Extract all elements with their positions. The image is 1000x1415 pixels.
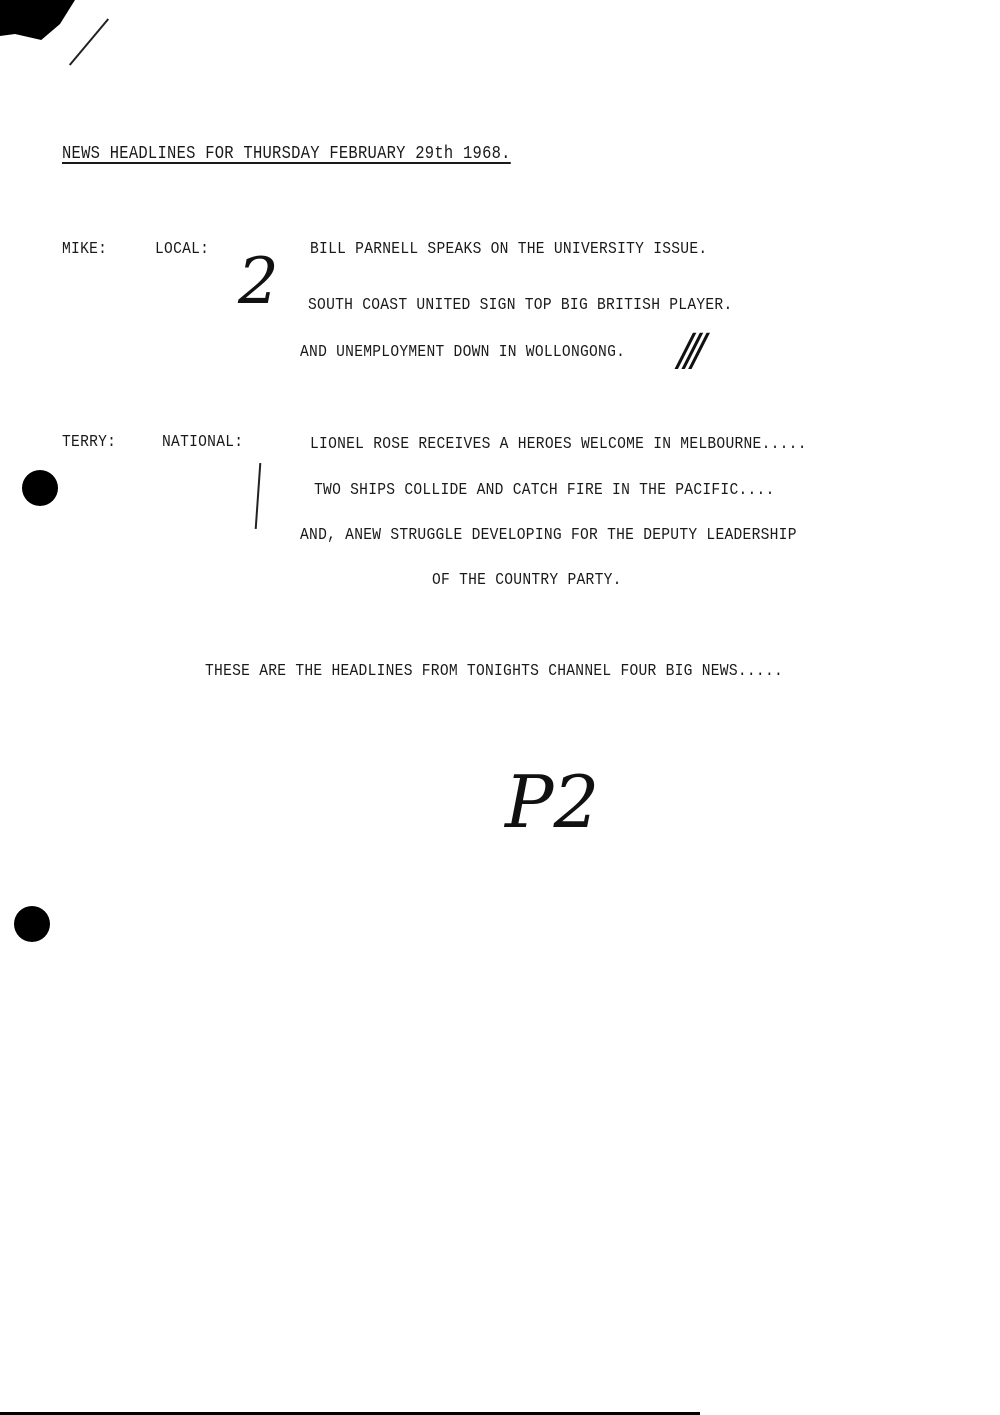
torn-corner [0,0,75,40]
headline-national-4: OF THE COUNTRY PARTY. [432,571,622,590]
punch-hole-top [22,470,58,506]
category-national: NATIONAL: [162,433,243,452]
page-title: NEWS HEADLINES FOR THURSDAY FEBRUARY 29t… [62,144,511,164]
punch-hole-bottom [14,906,50,942]
category-local: LOCAL: [155,240,209,259]
page-annotation: P2 [505,760,599,844]
headline-local-3: AND UNEMPLOYMENT DOWN IN WOLLONGONG. [300,343,625,362]
headline-national-3: AND, ANEW STRUGGLE DEVELOPING FOR THE DE… [300,526,797,545]
tally-mark: /// [678,325,698,376]
handwritten-number-1 [255,463,262,529]
headline-local-1: BILL PARNELL SPEAKS ON THE UNIVERSITY IS… [310,240,707,259]
presenter-terry: TERRY: [62,433,116,452]
closing-line: THESE ARE THE HEADLINES FROM TONIGHTS CH… [205,662,783,681]
headline-national-1: LIONEL ROSE RECEIVES A HEROES WELCOME IN… [310,435,807,454]
presenter-mike: MIKE: [62,240,107,259]
headline-national-2: TWO SHIPS COLLIDE AND CATCH FIRE IN THE … [314,481,775,500]
handwritten-number-2: 2 [238,245,279,319]
headline-local-2: SOUTH COAST UNITED SIGN TOP BIG BRITISH … [308,296,732,315]
pen-stroke [69,18,109,65]
